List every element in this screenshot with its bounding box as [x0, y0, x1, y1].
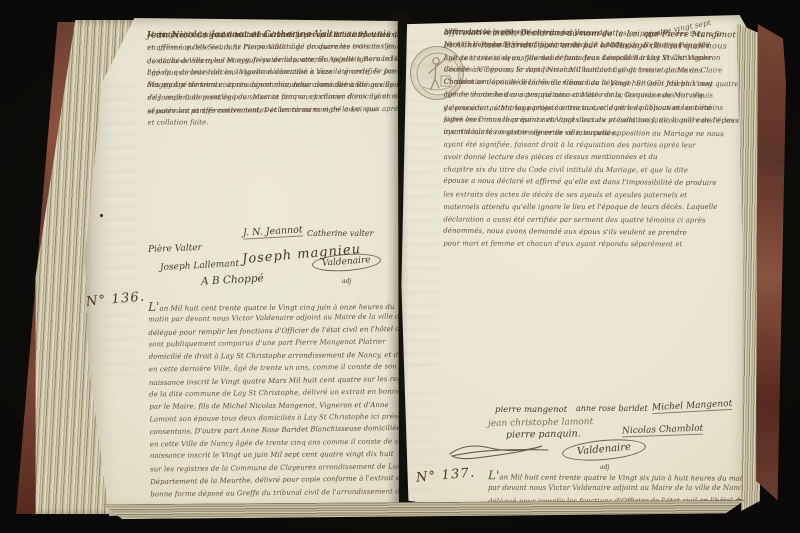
manuscript-line: âgé de trente huit ans propriétaire et M… [444, 89, 743, 102]
signature-jeannot: J. N. Jeannot [243, 224, 303, 239]
signature-chamblot: Nicolas Chamblot [622, 424, 704, 438]
left-page: — du titre du Code civil intitulé du mar… [84, 16, 399, 516]
manuscript-line: avoir donné lecture des pièces ci dessus… [444, 151, 756, 164]
signature-pierre-mangenot: pierre mangenot [495, 405, 567, 415]
ink-bleed-through [104, 76, 138, 376]
signature-lallemant: Joseph Lallemant [160, 259, 240, 273]
manuscript-line: maternels attendu qu'elle ignore le lieu… [443, 201, 755, 214]
signature-pierre-valter: Pière Valter [148, 243, 202, 255]
book-cover-right-edge [756, 24, 786, 510]
manuscript-lines: avons dressé le présent acte sur les deu… [444, 26, 743, 139]
signature-anne-rose: anne rose baridet [576, 404, 648, 413]
manuscript-line: pour mari et femme et chacun d'eux ayant… [443, 238, 755, 252]
ink-speck [100, 214, 103, 217]
signature-official-title: adj [342, 278, 351, 285]
right-page: quatre vingt sept Nancy par le greffier … [400, 12, 752, 518]
manuscript-continuation-block: — du titre du Code civil intitulé du mar… [147, 28, 391, 29]
signature-michel-mangenot: Michel Mangenot [652, 399, 733, 414]
manuscript-line: y demeurant, étant les parties contracta… [444, 101, 743, 114]
manuscript-line: L'an Mil huit cent trente quatre le Ving… [488, 469, 761, 483]
manuscript-line: ayant déclaré ne savoir signer de ce int… [444, 125, 743, 140]
signature-official-valdenaire: Valdenaire [561, 436, 647, 463]
manuscript-line: par devant nous Victor Valdenaire adjoin… [488, 482, 761, 494]
manuscript-line: âgé de trente cinq ans journalier tous d… [444, 52, 743, 65]
signature-flourish [446, 438, 556, 464]
signature-catherine-valter: Catherine valter [307, 229, 373, 238]
photograph-of-open-register: — du titre du Code civil intitulé du mar… [0, 0, 800, 533]
manuscript-line: avons dressé le présent acte sur les deu… [444, 26, 743, 41]
signature-lamont: jean christophe lamont [488, 417, 593, 429]
manuscript-continuation-block: Nancy par le greffier de ce tribunal Veu… [444, 26, 744, 27]
manuscript-line: Jean Christophe Lamont âgé de trente hui… [444, 39, 743, 52]
manuscript-line: les extraits des actes de décès de ses a… [443, 188, 755, 202]
manuscript-line: Cordonnier domicilié à Lunéville Cousin … [444, 75, 743, 90]
signature-choppe: A B Choppé [201, 272, 264, 287]
ink-bleed-through [408, 392, 438, 502]
act-136-block: L'an Mil huit cent trente quatre le Ving… [148, 299, 390, 302]
manuscript-line: signé avec nous le présent acte après le… [444, 114, 743, 127]
